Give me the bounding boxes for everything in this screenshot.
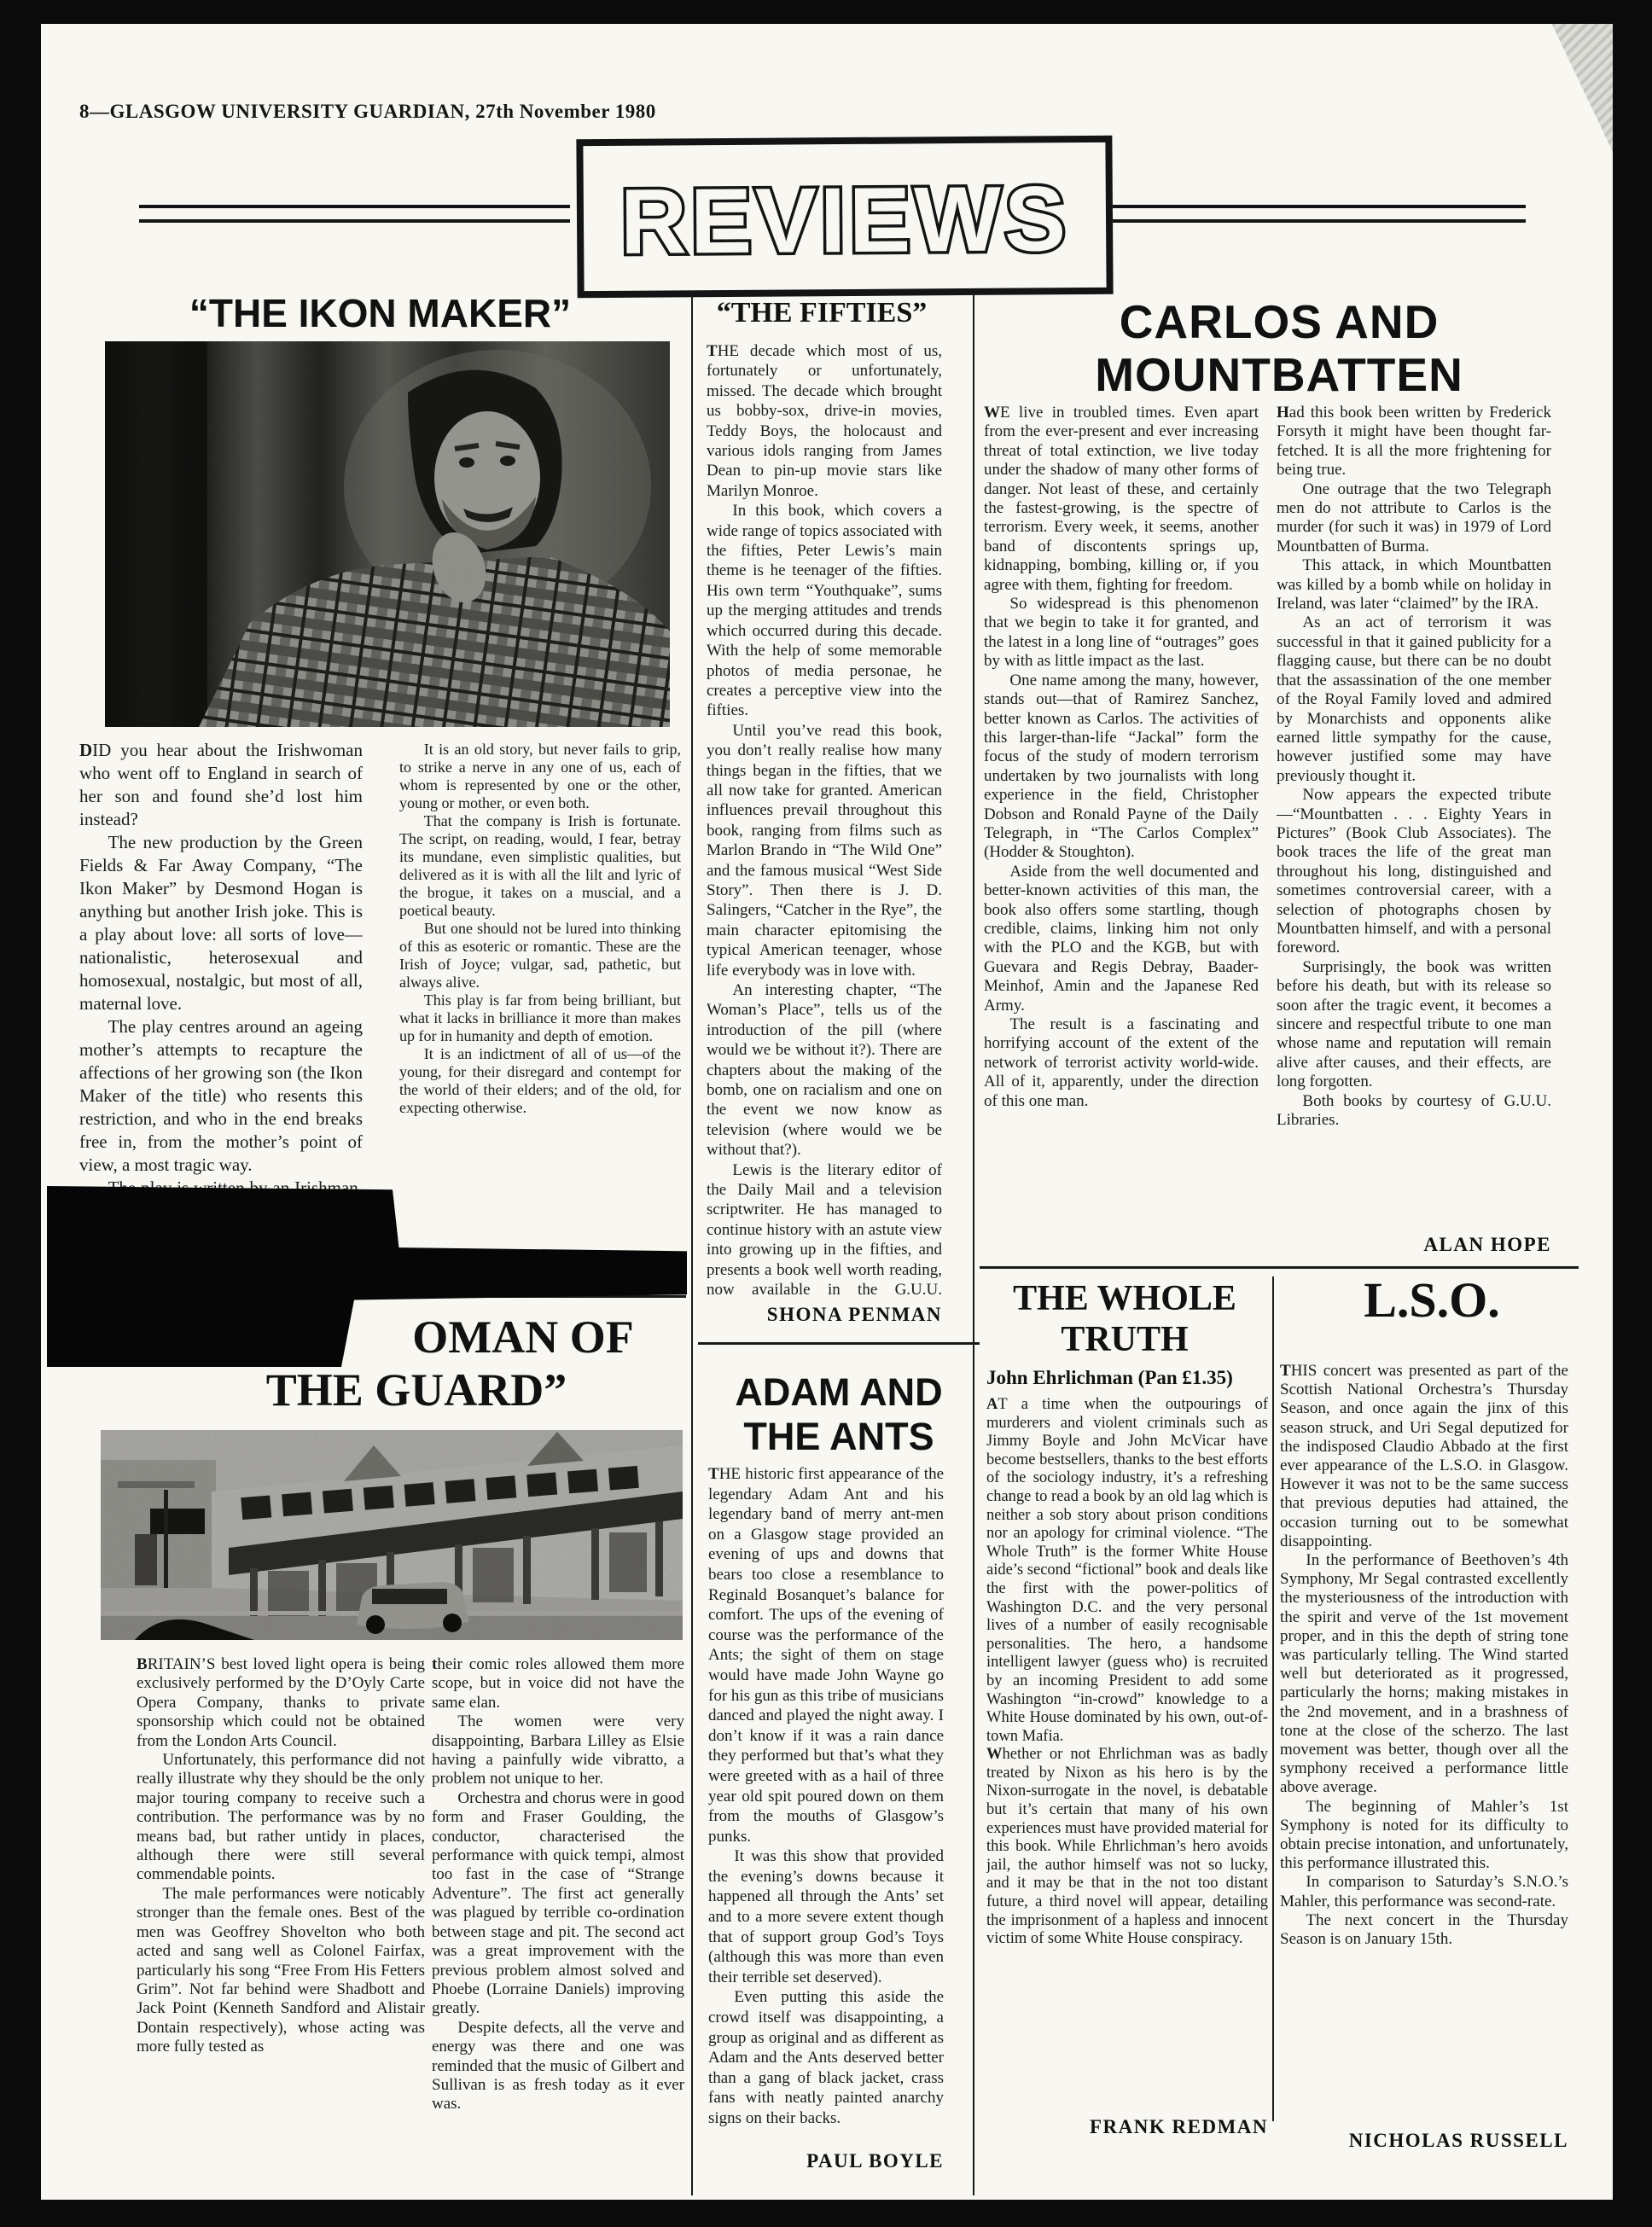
column-rule-middle <box>973 293 974 2195</box>
adam-byline: PAUL BOYLE <box>708 2150 944 2172</box>
reviews-logo-text: REVIEWS <box>620 166 1070 273</box>
yeoman-title-line1: OMAN OF <box>323 1311 724 1364</box>
paragraph: It is an indictment of all of us—of the … <box>399 1045 681 1117</box>
whole-truth-title: THE WHOLE TRUTH <box>984 1278 1265 1360</box>
paragraph: THE decade which most of us, fortunately… <box>707 341 942 501</box>
banner-rule-left <box>139 205 570 223</box>
scan-smudge <box>1519 24 1613 152</box>
carlos-column-2: Had this book been written by Frederick … <box>1277 404 1551 1227</box>
adam-title: ADAM AND THE ANTS <box>698 1370 980 1459</box>
carlos-column-1: WE live in troubled times. Even apart fr… <box>984 404 1259 1227</box>
paragraph: THE historic first appearance of the leg… <box>708 1464 944 1846</box>
paragraph: BRITAIN’S best loved light opera is bein… <box>137 1655 425 1751</box>
lso-byline: NICHOLAS RUSSELL <box>1280 2130 1568 2152</box>
paragraph: One outrage that the two Telegraph men d… <box>1277 480 1551 557</box>
section-rule-right <box>980 1266 1579 1269</box>
paragraph: In this book, which covers a wide range … <box>707 501 942 720</box>
yeoman-theatre-photo <box>101 1430 683 1640</box>
carlos-title-line2: MOUNTBATTEN <box>980 348 1579 401</box>
paragraph: But one should not be lured into thinkin… <box>399 920 681 991</box>
paragraph: Aside from the well documented and bette… <box>984 863 1259 1015</box>
paragraph: Until you’ve read this book, you don’t r… <box>707 721 942 980</box>
whole-truth-byline: FRANK REDMAN <box>986 2116 1268 2138</box>
paragraph: The male performances were noticably str… <box>137 1885 425 2057</box>
banner-rule-right <box>1103 205 1526 223</box>
paragraph: Lewis is the literary editor of the Dail… <box>707 1160 942 1301</box>
paragraph: AT a time when the outpourings of murder… <box>986 1396 1268 1746</box>
paragraph: WE live in troubled times. Even apart fr… <box>984 404 1259 595</box>
column-rule-right <box>1272 1276 1274 2121</box>
paragraph: In comparison to Saturday’s S.N.O.’s Mah… <box>1280 1873 1568 1910</box>
ikon-maker-photo <box>105 341 670 727</box>
paragraph: Orchestra and chorus were in good form a… <box>432 1789 684 2019</box>
adam-title-line1: ADAM AND <box>698 1370 980 1415</box>
column-rule-left <box>691 293 693 2195</box>
adam-title-line2: THE ANTS <box>698 1415 980 1459</box>
adam-column: THE historic first appearance of the leg… <box>708 1464 944 2147</box>
whole-truth-subtitle: John Ehrlichman (Pan £1.35) <box>986 1367 1268 1389</box>
paragraph: The next concert in the Thursday Season … <box>1280 1911 1568 1949</box>
carlos-byline: ALAN HOPE <box>1277 1234 1551 1256</box>
paragraph: Despite defects, all the verve and energ… <box>432 2019 684 2114</box>
ikon-maker-column-2: It is an old story, but never fails to g… <box>399 741 681 1263</box>
whole-truth-column: AT a time when the outpourings of murder… <box>986 1396 1268 2113</box>
paragraph: This play is far from being brilliant, b… <box>399 991 681 1045</box>
paragraph: It is an old story, but never fails to g… <box>399 741 681 812</box>
yeoman-title-line2: THE GUARD” <box>195 1364 638 1416</box>
masthead: 8—GLASGOW UNIVERSITY GUARDIAN, 27th Nove… <box>79 101 656 123</box>
paragraph: Surprisingly, the book was written befor… <box>1277 958 1551 1092</box>
paragraph: THIS concert was presented as part of th… <box>1280 1362 1568 1551</box>
paragraph: Whether or not Ehrlichman was as badly t… <box>986 1746 1268 1949</box>
paragraph: An interesting chapter, “The Woman’s Pla… <box>707 980 942 1160</box>
lso-column: THIS concert was presented as part of th… <box>1280 1362 1568 2125</box>
yeoman-column-1: BRITAIN’S best loved light opera is bein… <box>137 1655 425 2186</box>
paragraph: DID you hear about the Irishwoman who we… <box>79 739 363 831</box>
paragraph: The result is a fascinating and horrifyi… <box>984 1015 1259 1111</box>
whole-truth-title-line2: TRUTH <box>984 1319 1265 1360</box>
paragraph: Had this book been written by Frederick … <box>1277 404 1551 480</box>
paragraph: their comic roles allowed them more scop… <box>432 1655 684 1712</box>
paragraph: Both books by courtesy of G.U.U. Librari… <box>1277 1092 1551 1131</box>
paragraph: That the company is Irish is fortunate. … <box>399 812 681 920</box>
fifties-byline: SHONA PENMAN <box>707 1304 942 1326</box>
paragraph: Unfortunately, this performance did not … <box>137 1751 425 1885</box>
paragraph: In the performance of Beethoven’s 4th Sy… <box>1280 1551 1568 1798</box>
paragraph: The new production by the Green Fields &… <box>79 831 363 1015</box>
paragraph: So widespread is this phenomenon that we… <box>984 595 1259 672</box>
ikon-maker-title: “THE IKON MAKER” <box>79 290 681 336</box>
yeoman-column-2: their comic roles allowed them more scop… <box>432 1655 684 2186</box>
paragraph: The play centres around an ageing mother… <box>79 1015 363 1177</box>
paragraph: Now appears the expected tribute—“Mountb… <box>1277 786 1551 958</box>
fifties-title: “THE FIFTIES” <box>698 297 945 329</box>
whole-truth-title-line1: THE WHOLE <box>984 1278 1265 1319</box>
paragraph: This attack, in which Mountbatten was ki… <box>1277 556 1551 613</box>
section-rule-middle <box>698 1342 980 1345</box>
paragraph: The women were very disappointing, Barba… <box>432 1712 684 1789</box>
paragraph: As an act of terrorism it was successful… <box>1277 613 1551 786</box>
carlos-title-line1: CARLOS AND <box>980 295 1579 348</box>
carlos-title: CARLOS AND MOUNTBATTEN <box>980 295 1579 401</box>
paragraph: The beginning of Mahler’s 1st Symphony i… <box>1280 1798 1568 1874</box>
paragraph: One name among the many, however, stands… <box>984 672 1259 863</box>
reviews-logo: REVIEWS <box>592 151 1096 282</box>
reviews-banner-box: REVIEWS <box>576 136 1113 298</box>
paragraph: It was this show that provided the eveni… <box>708 1846 944 1987</box>
newspaper-page: 8—GLASGOW UNIVERSITY GUARDIAN, 27th Nove… <box>41 24 1613 2200</box>
fifties-column: THE decade which most of us, fortunately… <box>707 341 942 1301</box>
paragraph: Even putting this aside the crowd itself… <box>708 1987 944 2128</box>
lso-title: L.S.O. <box>1287 1271 1577 1329</box>
